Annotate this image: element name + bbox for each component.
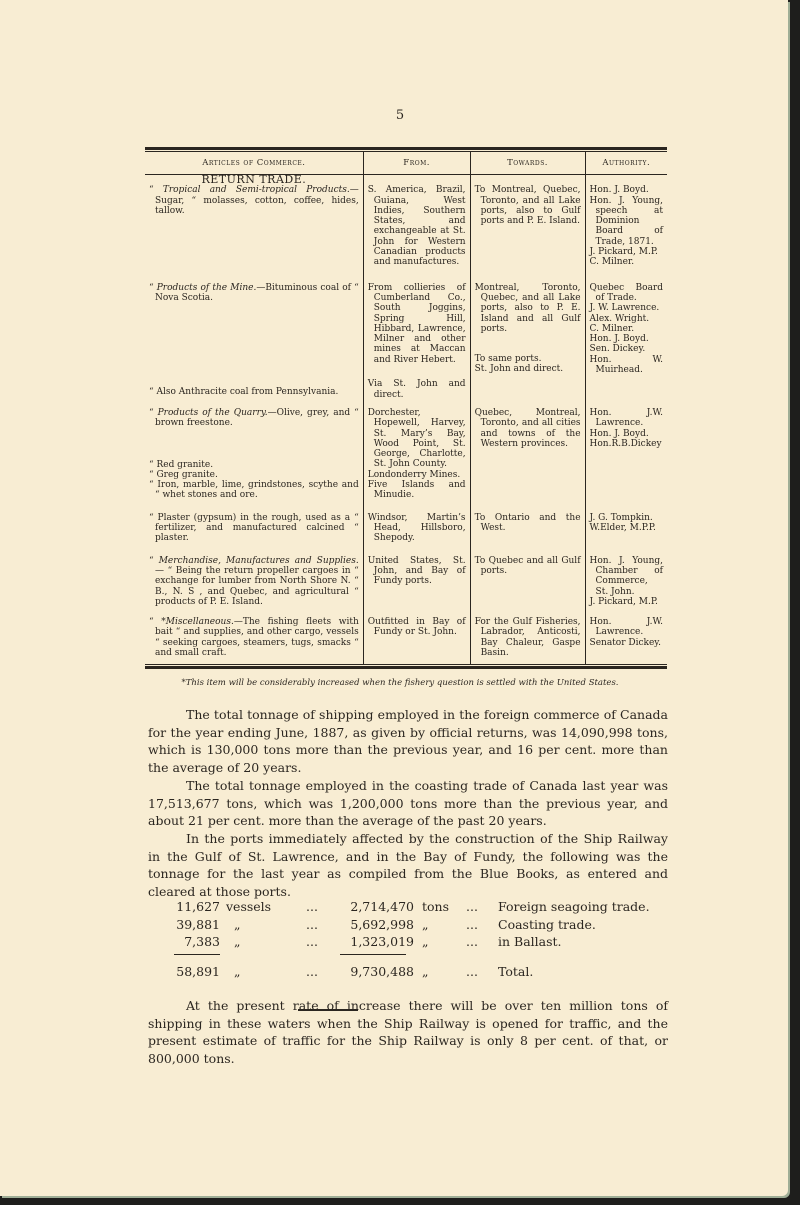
articles-italic: Tropical and Semi-tropical Products. <box>163 185 350 195</box>
towards-cell: To Quebec and all Gulf ports. <box>470 556 585 607</box>
table-footnote: *This item will be considerably increase… <box>0 678 800 688</box>
towards-cell: To Montreal, Quebec, Toronto, and all La… <box>470 185 585 267</box>
table-top-rule <box>145 147 667 150</box>
towards-cell: Montreal, Toronto, Quebec, and all Lake … <box>470 283 585 376</box>
from-cell: Windsor, Martin’s Head, Hillsboro, Shepo… <box>363 513 470 544</box>
table-row: “ Merchandise, Manufactures and Supplies… <box>145 556 667 607</box>
towards-cell: For the Gulf Fisheries, Labrador, Antico… <box>470 617 585 658</box>
header-articles: Articles of Commerce. <box>145 152 363 175</box>
tonnage-row: 11,627 vessels ... 2,714,470 tons ... Fo… <box>170 898 658 916</box>
articles-italic: Merchandise, Manufactures and Supplies. <box>159 556 359 566</box>
articles-cell: “ Tropical and Semi-tropical Products.—S… <box>145 185 363 267</box>
articles-text: — “ Being the return propeller cargoes i… <box>155 566 359 607</box>
paragraph-ports-tonnage: In the ports immediately affected by the… <box>148 830 668 901</box>
table-row: “ Tropical and Semi-tropical Products.—S… <box>145 185 667 267</box>
articles-italic: Products of the Quarry. <box>158 408 268 418</box>
from-cell: Outfitted in Bay of Fundy or St. John. <box>363 617 470 658</box>
paragraph-conclusion: At the present rate of increase there wi… <box>148 997 668 1068</box>
section-title: RETURN TRADE. <box>145 175 363 186</box>
from-cell: From collieries of Cumberland Co., South… <box>363 283 470 376</box>
table-bottom-rule <box>145 666 667 669</box>
page-number: 5 <box>0 108 800 123</box>
articles-cell: “ Also Anthracite coal from Pennsylvania… <box>145 375 363 400</box>
sum-rule <box>170 951 658 961</box>
tonnage-row: 7,383 „ ... 1,323,019 „ ... in Ballast. <box>170 933 658 951</box>
towards-cell: To Ontario and the West. <box>470 513 585 544</box>
from-cell: Via St. John and direct. <box>363 375 470 400</box>
towards-cell: Quebec, Montreal, Toronto, and all citie… <box>470 408 585 501</box>
commerce-table: Articles of Commerce. From. Towards. Aut… <box>145 147 667 669</box>
section-title-row: RETURN TRADE. <box>145 175 667 186</box>
table-row: “ Plaster (gypsum) in the rough, used as… <box>145 513 667 544</box>
header-towards: Towards. <box>470 152 585 175</box>
table-row: “ Also Anthracite coal from Pennsylvania… <box>145 375 667 400</box>
paragraph-foreign-tonnage: The total tonnage of shipping employed i… <box>148 706 668 777</box>
from-cell: United States, St. John, and Bay of Fund… <box>363 556 470 607</box>
from-cell: S. America, Brazil, Guiana, West Indies,… <box>363 185 470 267</box>
articles-italic: *Miscellaneous. <box>161 617 234 627</box>
table-header-row: Articles of Commerce. From. Towards. Aut… <box>145 152 667 175</box>
authority-cell: Hon. J. Boyd. Hon. J. Young, speech at D… <box>585 185 667 267</box>
table-row: “ Products of the Mine.—Bituminous coal … <box>145 283 667 376</box>
articles-cell: “ Plaster (gypsum) in the rough, used as… <box>145 513 363 544</box>
from-cell: Dorchester, Hopewell, Harvey, St. Mary’s… <box>363 408 470 501</box>
table-row: “ *Miscellaneous.—The fishing fleets wit… <box>145 617 667 658</box>
table-bottom-rule-thin <box>145 664 667 665</box>
articles-cell: “ Merchandise, Manufactures and Supplies… <box>145 556 363 607</box>
tonnage-row: 39,881 „ ... 5,692,998 „ ... Coasting tr… <box>170 916 658 934</box>
authority-cell: Hon. J.W. Lawrence. Senator Dickey. <box>585 617 667 658</box>
tonnage-total-row: 58,891 „ ... 9,730,488 „ ... Total. <box>170 963 658 981</box>
document-page: 5 Articles of Commerce. From. Towards. A… <box>0 0 788 1196</box>
articles-cell: “ Products of the Quarry.—Olive, grey, a… <box>145 408 363 501</box>
header-authority: Authority. <box>585 152 667 175</box>
paragraph-coasting-tonnage: The total tonnage employed in the coasti… <box>148 777 668 830</box>
authority-cell: Quebec Board of Trade. J. W. Lawrence. A… <box>585 283 667 376</box>
articles-cell: “ *Miscellaneous.—The fishing fleets wit… <box>145 617 363 658</box>
header-from: From. <box>363 152 470 175</box>
tonnage-table: 11,627 vessels ... 2,714,470 tons ... Fo… <box>170 898 658 980</box>
articles-italic: Products of the Mine. <box>157 283 257 293</box>
table-row: “ Products of the Quarry.—Olive, grey, a… <box>145 408 667 501</box>
articles-cell: “ Products of the Mine.—Bituminous coal … <box>145 283 363 376</box>
authority-cell: Hon. J.W. Lawrence. Hon. J. Boyd. Hon.R.… <box>585 408 667 501</box>
authority-cell: J. G. Tompkin. W.Elder, M.P.P. <box>585 513 667 544</box>
authority-cell: Hon. J. Young, Chamber of Commerce, St. … <box>585 556 667 607</box>
